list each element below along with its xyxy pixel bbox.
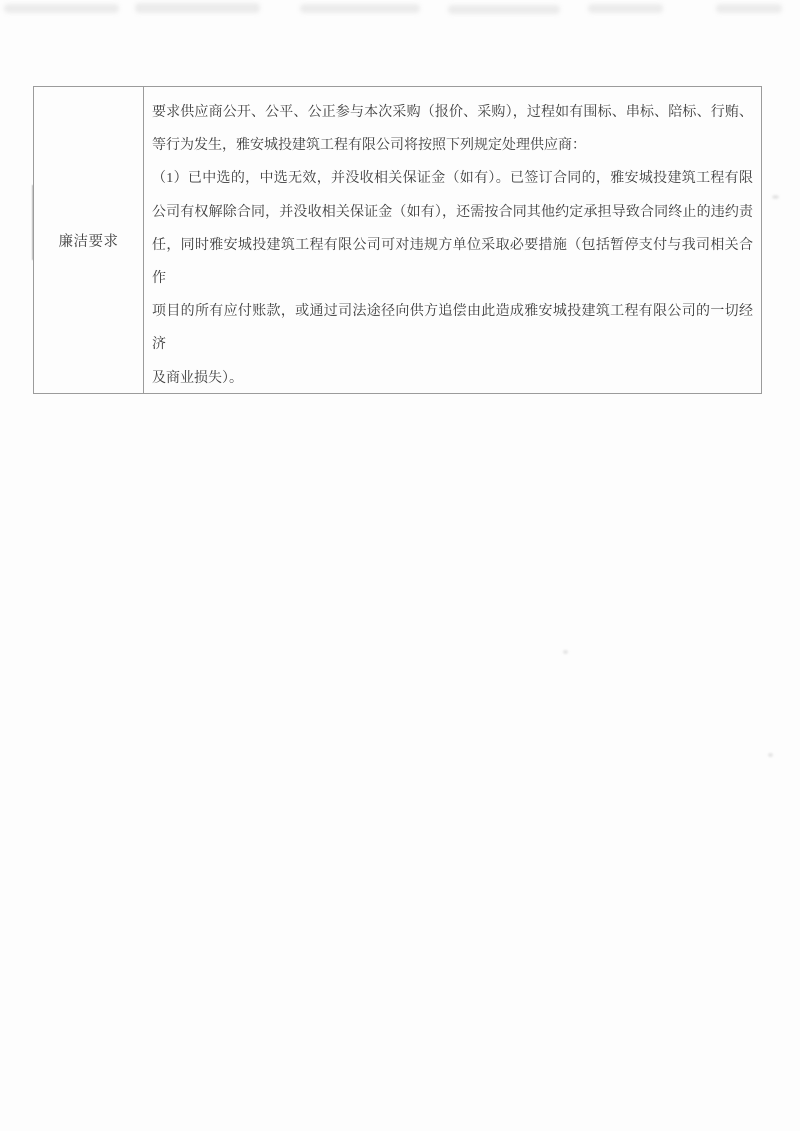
scan-speck: [772, 195, 779, 199]
scan-speck: [768, 753, 773, 757]
scan-artifact: [588, 4, 663, 13]
scan-artifact: [716, 4, 782, 13]
integrity-requirements-table: 廉洁要求 要求供应商公开、公平、公正参与本次采购（报价、采购），过程如有围标、串…: [33, 86, 762, 394]
row-label: 廉洁要求: [59, 230, 119, 251]
scan-artifact: [135, 3, 260, 13]
text-line: 项目的所有应付账款，或通过司法途径向供方追偿由此造成雅安城投建筑工程有限公司的一…: [152, 295, 753, 361]
scan-speck: [563, 650, 568, 654]
text-line: （1）已中选的，中选无效，并没收相关保证金（如有）。已签订合同的，雅安城投建筑工…: [152, 162, 753, 195]
text-line: 等行为发生，雅安城投建筑工程有限公司将按照下列规定处理供应商：: [152, 129, 753, 162]
text-line: 公司有权解除合同，并没收相关保证金（如有），还需按合同其他约定承担导致合同终止的…: [152, 196, 753, 229]
row-content-cell: 要求供应商公开、公平、公正参与本次采购（报价、采购），过程如有围标、串标、陪标、…: [144, 87, 761, 393]
text-line: 任，同时雅安城投建筑工程有限公司可对违规方单位采取必要措施（包括暂停支付与我司相…: [152, 229, 753, 295]
row-label-cell: 廉洁要求: [34, 87, 144, 393]
scan-artifact: [300, 4, 420, 13]
text-line: 要求供应商公开、公平、公正参与本次采购（报价、采购），过程如有围标、串标、陪标、…: [152, 96, 753, 129]
text-line: 及商业损失）。: [152, 362, 753, 393]
document-page: 廉洁要求 要求供应商公开、公平、公正参与本次采购（报价、采购），过程如有围标、串…: [0, 0, 800, 1131]
scan-artifact: [448, 5, 560, 14]
scan-artifact: [4, 4, 119, 13]
